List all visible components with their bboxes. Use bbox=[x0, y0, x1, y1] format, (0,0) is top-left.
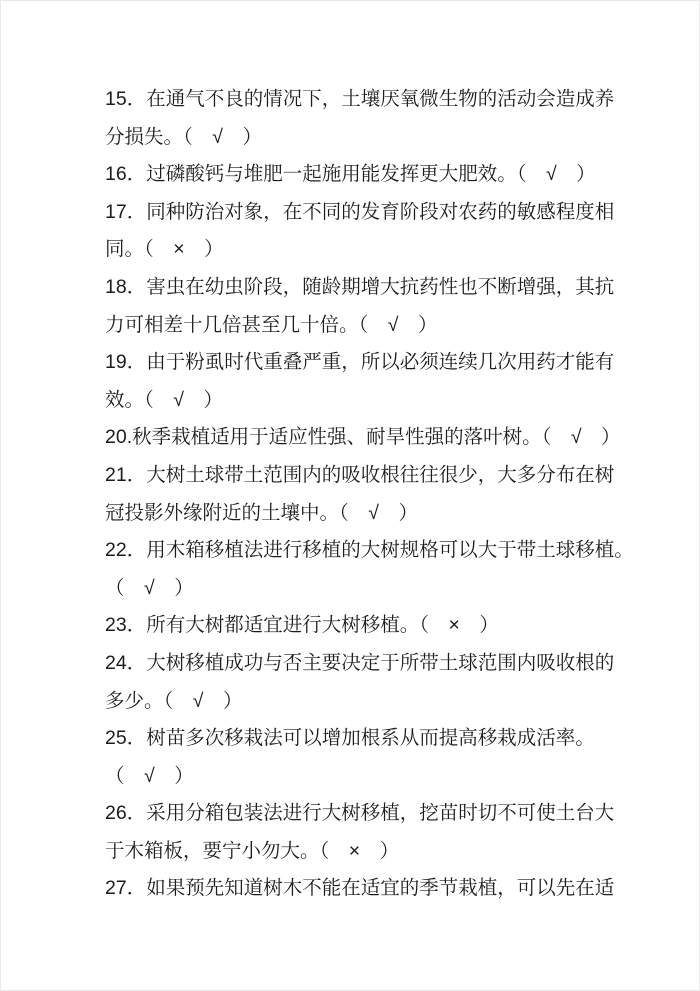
question-line: （ √ ） bbox=[105, 758, 621, 796]
question-line: 21．大树土球带土范围内的吸收根往往很少，大多分布在树 bbox=[105, 457, 621, 495]
question-18: 18．害虫在幼虫阶段，随龄期增大抗药性也不断增强，其抗力可相差十几倍甚至几十倍。… bbox=[105, 269, 621, 344]
question-27: 27．如果预先知道树木不能在适宜的季节栽植，可以先在适 bbox=[105, 870, 621, 908]
question-line: 19．由于粉虱时代重叠严重，所以必须连续几次用药才能有 bbox=[105, 344, 621, 382]
question-line: 26．采用分箱包装法进行大树移植，挖苗时切不可使土台大 bbox=[105, 795, 621, 833]
question-list: 15．在通气不良的情况下，土壤厌氧微生物的活动会造成养分损失。（ √ ）16．过… bbox=[105, 81, 621, 908]
question-line: （ √ ） bbox=[105, 570, 621, 608]
question-line: 分损失。（ √ ） bbox=[105, 119, 621, 157]
question-line: 20.秋季栽植适用于适应性强、耐旱性强的落叶树。（ √ ） bbox=[105, 419, 621, 457]
question-20: 20.秋季栽植适用于适应性强、耐旱性强的落叶树。（ √ ） bbox=[105, 419, 621, 457]
document-page: 15．在通气不良的情况下，土壤厌氧微生物的活动会造成养分损失。（ √ ）16．过… bbox=[0, 0, 700, 991]
question-24: 24．大树移植成功与否主要决定于所带土球范围内吸收根的多少。（ √ ） bbox=[105, 645, 621, 720]
question-21: 21．大树土球带土范围内的吸收根往往很少，大多分布在树冠投影外缘附近的土壤中。（… bbox=[105, 457, 621, 532]
question-line: 于木箱板，要宁小勿大。（ × ） bbox=[105, 833, 621, 871]
question-line: 27．如果预先知道树木不能在适宜的季节栽植，可以先在适 bbox=[105, 870, 621, 908]
question-line: 15．在通气不良的情况下，土壤厌氧微生物的活动会造成养 bbox=[105, 81, 621, 119]
question-25: 25．树苗多次移栽法可以增加根系从而提高移栽成活率。（ √ ） bbox=[105, 720, 621, 795]
question-line: 18．害虫在幼虫阶段，随龄期增大抗药性也不断增强，其抗 bbox=[105, 269, 621, 307]
question-17: 17．同种防治对象，在不同的发育阶段对农药的敏感程度相同。（ × ） bbox=[105, 194, 621, 269]
question-line: 力可相差十几倍甚至几十倍。（ √ ） bbox=[105, 307, 621, 345]
question-line: 同。（ × ） bbox=[105, 231, 621, 269]
question-line: 16．过磷酸钙与堆肥一起施用能发挥更大肥效。（ √ ） bbox=[105, 156, 621, 194]
question-line: 25．树苗多次移栽法可以增加根系从而提高移栽成活率。 bbox=[105, 720, 621, 758]
question-line: 效。（ √ ） bbox=[105, 382, 621, 420]
question-26: 26．采用分箱包装法进行大树移植，挖苗时切不可使土台大于木箱板，要宁小勿大。（ … bbox=[105, 795, 621, 870]
question-23: 23．所有大树都适宜进行大树移植。（ × ） bbox=[105, 607, 621, 645]
question-line: 17．同种防治对象，在不同的发育阶段对农药的敏感程度相 bbox=[105, 194, 621, 232]
question-line: 24．大树移植成功与否主要决定于所带土球范围内吸收根的 bbox=[105, 645, 621, 683]
question-15: 15．在通气不良的情况下，土壤厌氧微生物的活动会造成养分损失。（ √ ） bbox=[105, 81, 621, 156]
question-line: 多少。（ √ ） bbox=[105, 683, 621, 721]
question-line: 22．用木箱移植法进行移植的大树规格可以大于带土球移植。 bbox=[105, 532, 621, 570]
question-16: 16．过磷酸钙与堆肥一起施用能发挥更大肥效。（ √ ） bbox=[105, 156, 621, 194]
question-line: 冠投影外缘附近的土壤中。（ √ ） bbox=[105, 495, 621, 533]
question-22: 22．用木箱移植法进行移植的大树规格可以大于带土球移植。（ √ ） bbox=[105, 532, 621, 607]
question-line: 23．所有大树都适宜进行大树移植。（ × ） bbox=[105, 607, 621, 645]
question-19: 19．由于粉虱时代重叠严重，所以必须连续几次用药才能有效。（ √ ） bbox=[105, 344, 621, 419]
